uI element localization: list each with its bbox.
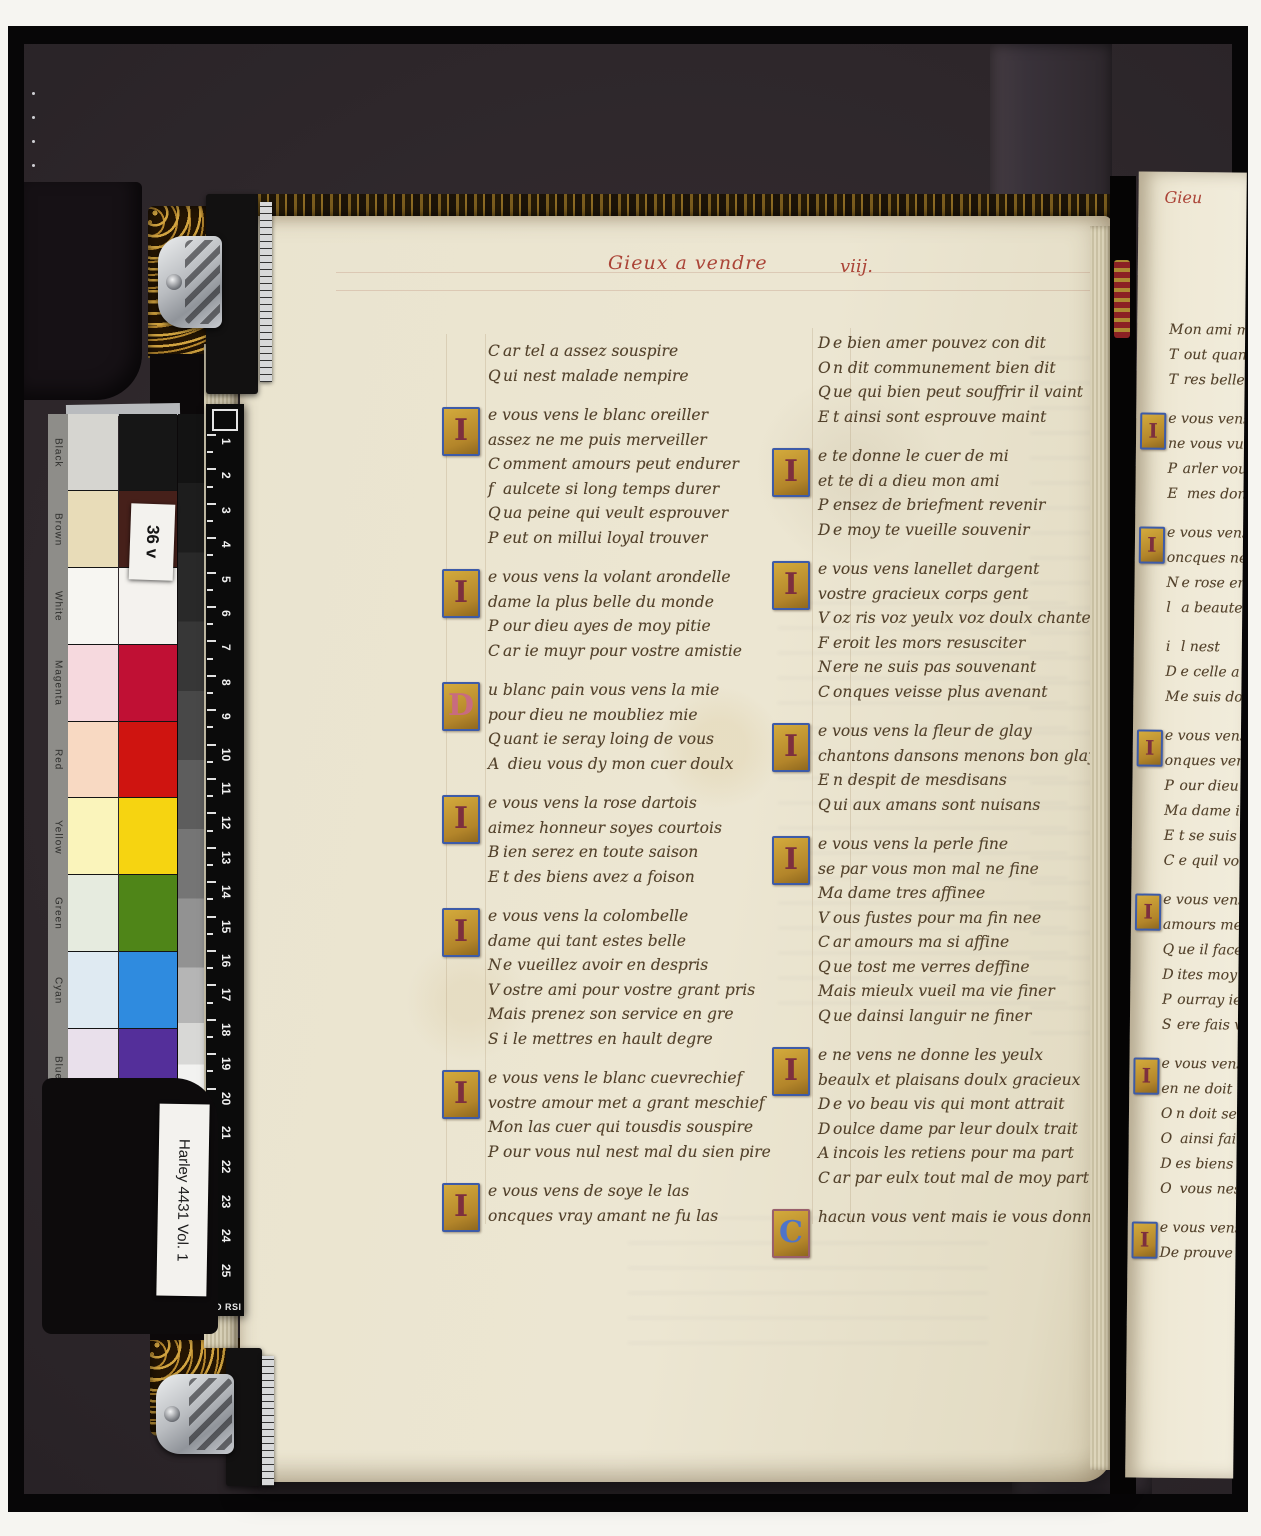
cradle-corner: [24, 182, 142, 400]
ruler-number: 4: [219, 541, 233, 548]
ruler-tick: [207, 898, 213, 900]
verse-line: e ne vens ne donne les yeulx: [818, 1046, 1128, 1071]
verse-line: E mes dons a dieu: [1167, 486, 1247, 512]
verse-line: Ma dame ie vous cr: [1164, 803, 1247, 829]
initial-letter: I: [444, 409, 478, 454]
line-capital: C: [818, 933, 833, 951]
verse-line: onques vers vous: [1164, 753, 1246, 779]
line-capital: V: [488, 981, 503, 999]
line-capital: N: [1166, 575, 1181, 591]
verse-line: Vous fustes pour ma fin nee: [818, 909, 1128, 934]
line-capital: D: [818, 521, 833, 539]
line-capital: V: [818, 909, 833, 927]
verse-line: Feroit les mors resusciter: [818, 634, 1128, 659]
facing-text: Mon ami mon corps vTout quanque jay fTre…: [1131, 322, 1247, 1286]
verse-line: e vous vens lanellet dargent: [818, 560, 1128, 585]
verse-line: e vous vens la flou: [1168, 411, 1247, 437]
line-capital: O: [1161, 1106, 1176, 1122]
verse-line: en ne doit mauv: [1161, 1081, 1247, 1107]
initial-letter: I: [444, 571, 478, 616]
ruler-tick: [207, 658, 213, 660]
photo-frame: Gieux a vendre viij. Car tel a assez sou…: [8, 26, 1248, 1512]
ruler-tick: [207, 950, 216, 952]
verse-line: la beaute fin: [1166, 600, 1247, 626]
line-capital: V: [818, 609, 833, 627]
illuminated-border-sliver: [1114, 260, 1130, 338]
ruler-tick: [207, 675, 216, 677]
verse-line: De prouve tout: [1159, 1245, 1246, 1271]
verse-line: pour dieu ne moubliez mie: [488, 706, 798, 731]
illuminated-initial: I: [772, 561, 810, 610]
ruler-tick: [207, 847, 216, 849]
verse-line: Voz ris voz yeulx voz doulx chanter: [818, 609, 1128, 634]
ruler-number: 23: [219, 1195, 233, 1208]
line-capital: P: [488, 1143, 503, 1161]
stanza: Ie vous vens la rose dartoisaimez honneu…: [488, 794, 798, 892]
verse-line: e vous vens la colombelle: [488, 907, 798, 932]
verse-line: Dites moy belle p: [1162, 967, 1247, 993]
illuminated-initial: I: [442, 1183, 480, 1232]
frame-dot: [32, 140, 35, 143]
ruler-number: 20: [219, 1092, 233, 1105]
verse-line: e te donne le cuer de mi: [818, 447, 1128, 472]
line-capital: A: [488, 755, 503, 773]
line-capital: Q: [818, 958, 833, 976]
initial-letter: I: [774, 563, 808, 608]
chart-label-cell: Cyan: [48, 952, 68, 1029]
ruler-number: 25: [219, 1264, 233, 1277]
illuminated-initial: I: [772, 836, 810, 885]
line-capital: P: [1168, 461, 1183, 477]
illuminated-initial: I: [1133, 1057, 1159, 1094]
left-column: Car tel a assez souspireQui nest malade …: [488, 342, 798, 1246]
rubric-title: Gieux a vendre: [608, 252, 768, 274]
verse-line: e vous vens le blanc cuevrechief: [488, 1069, 798, 1094]
line-capital: i: [1166, 639, 1181, 655]
verse-line: Ma dame tres affinee: [818, 884, 1128, 909]
line-capital: C: [488, 455, 503, 473]
ruler-number: 5: [219, 576, 233, 583]
line-capital: C: [488, 342, 503, 360]
verse-line: Comment amours peut endurer: [488, 455, 798, 480]
verse-line: u blanc pain vous vens la mie: [488, 681, 798, 706]
chart-label-cell: Yellow: [48, 798, 68, 875]
chart-tint-patch: [68, 875, 118, 952]
shelfmark-text: Harley 4431 Vol. 1: [173, 1139, 192, 1262]
clip-scale-top: [260, 202, 272, 382]
ruler-tick: [207, 606, 216, 608]
clip-scale-bottom: [262, 1356, 274, 1486]
verse-line: assez ne me puis merveiller: [488, 431, 798, 456]
chart-label-cell: Magenta: [48, 645, 68, 722]
line-capital: M: [1165, 689, 1180, 705]
stanza: Ie vous vens damoonques vers vousPour di…: [1135, 727, 1246, 879]
verse-line: Nere ne suis pas souvenant: [818, 658, 1128, 683]
line-capital: E: [1164, 828, 1179, 844]
manuscript-page: Gieux a vendre viij. Car tel a assez sou…: [240, 216, 1112, 1482]
verse-line: De moy te vueille souvenir: [818, 521, 1128, 546]
line-capital: D: [1166, 664, 1181, 680]
verse-line: Bien serez en toute saison: [488, 843, 798, 868]
ruler-tick: [207, 589, 213, 591]
chart-solid-patch: [119, 722, 177, 799]
initial-letter: I: [444, 797, 478, 842]
ruler-tick: [207, 451, 213, 453]
ruler-tick: [207, 726, 213, 728]
ruler-tick: [207, 881, 216, 883]
verse-line: vostre amour met a grant meschief: [488, 1094, 798, 1119]
initial-letter: I: [1135, 1059, 1157, 1092]
initial-letter: I: [444, 1072, 478, 1117]
ruling-line: [485, 334, 486, 1224]
verse-line: A dieu vous dy mon cuer doulx: [488, 755, 798, 780]
chart-tint-patch: [68, 722, 118, 799]
ruler-tick: [207, 933, 213, 935]
stanza: Ie vous vens la fleur de glaychantons da…: [818, 722, 1128, 820]
initial-letter: I: [444, 1185, 478, 1230]
ruler-number: 2: [219, 472, 233, 479]
ruler-number: 13: [219, 851, 233, 864]
stanza: Ie te donne le cuer de miet te di a dieu…: [818, 447, 1128, 545]
line-capital: E: [818, 771, 833, 789]
verse-line: Pensez de briefment revenir: [818, 496, 1128, 521]
line-capital: M: [488, 1118, 504, 1136]
verse-line: De vo beau vis qui mont attrait: [818, 1095, 1128, 1120]
felt-strap-top: [990, 44, 1112, 214]
chart-solid-patch: [119, 414, 177, 491]
verse-line: oncques vray amant ne fu las: [488, 1207, 798, 1232]
line-capital: E: [1167, 486, 1182, 502]
verse-line: Ne rose en may plu: [1166, 575, 1246, 601]
verse-line: Quant ie seray loing de vous: [488, 730, 798, 755]
verse-line: e vous vens le blanc oreiller: [488, 406, 798, 431]
stanza: Mon ami mon corps vTout quanque jay fTre…: [1140, 322, 1246, 399]
line-capital: A: [818, 1144, 833, 1162]
verse-line: Que il face de vo: [1163, 942, 1247, 968]
ruler-number: 8: [219, 679, 233, 686]
line-capital: C: [1164, 853, 1179, 869]
verse-line: beaulx et plaisans doulx gracieux: [818, 1071, 1128, 1096]
verse-line: ne vous vueil ne: [1168, 436, 1247, 462]
ruler-number: 1: [219, 438, 233, 445]
verse-line: Pour dieu vueillez m: [1164, 778, 1247, 804]
verse-line: Peut on millui loyal trouver: [488, 529, 798, 554]
chart-solid-patch: [119, 645, 177, 722]
verse-line: e vous vens de soye le las: [488, 1182, 798, 1207]
verse-line: Que tost me verres deffine: [818, 958, 1128, 983]
photograph: Gieux a vendre viij. Car tel a assez sou…: [0, 0, 1261, 1536]
facing-rubric-fragment: Gieu: [1164, 188, 1202, 207]
illuminated-initial: I: [442, 569, 480, 618]
stanza: il nestDe celle a qui ottroMe suis donne…: [1137, 638, 1247, 715]
verse-line: Et ainsi sont esprouve maint: [818, 408, 1128, 433]
chart-label-strip: BlackBrownWhiteMagentaRedYellowGreenCyan…: [48, 414, 68, 1106]
verse-line: Qui aux amans sont nuisans: [818, 796, 1128, 821]
line-capital: M: [818, 982, 834, 1000]
verse-line: Car par eulx tout mal de moy part: [818, 1169, 1128, 1194]
ruler-number: 16: [219, 954, 233, 967]
verse-line: oncques neige ne: [1167, 550, 1247, 576]
rubric-folio-number: viij.: [840, 256, 873, 277]
line-capital: D: [818, 334, 833, 352]
stanza: De bien amer pouvez con ditOn dit commun…: [818, 334, 1128, 432]
verse-line: amours me comm: [1163, 917, 1247, 943]
verse-line: Ne vueillez avoir en despris: [488, 956, 798, 981]
ruler-tick: [207, 984, 216, 986]
initial-letter: I: [774, 450, 808, 495]
verse-line: On doit servir a la: [1161, 1106, 1247, 1132]
stanza: Ie vous vens le blanc cuevrechiefvostre …: [488, 1069, 798, 1167]
line-capital: M: [488, 1005, 504, 1023]
ruler-tick: [207, 709, 216, 711]
ruler-tick: [207, 812, 216, 814]
illuminated-initial: I: [772, 1047, 810, 1096]
illuminated-initial: I: [772, 723, 810, 772]
line-capital: Q: [488, 367, 503, 385]
ruler-tick: [207, 503, 216, 505]
ruler-tick: [207, 1002, 213, 1004]
chart-solid-patch: [119, 798, 177, 875]
illuminated-initial: I: [1131, 1221, 1157, 1258]
stanza: Ie ne vens ne donne les yeulxbeaulx et p…: [818, 1046, 1128, 1193]
verse-line: Et se suis tout pre: [1164, 828, 1247, 854]
line-capital: P: [488, 617, 503, 635]
verse-line: se par vous mon mal ne fine: [818, 860, 1128, 885]
verse-line: Que qui bien peut souffrir il vaint: [818, 383, 1128, 408]
line-capital: D: [1160, 1156, 1175, 1172]
verse-line: Aincois les retiens pour ma part: [818, 1144, 1128, 1169]
illuminated-initial: I: [442, 908, 480, 957]
chart-tint-patch: [68, 798, 118, 875]
initial-letter: I: [1133, 1223, 1155, 1256]
line-capital: E: [488, 868, 503, 886]
ruler-tick: [207, 967, 213, 969]
line-capital: D: [818, 1095, 833, 1113]
stanza: Ie vous vens de soye le lasoncques vray …: [488, 1182, 798, 1231]
stanza: Du blanc pain vous vens la miepour dieu …: [488, 681, 798, 779]
ruler-tick: [207, 1019, 216, 1021]
verse-line: faulcete si long temps durer: [488, 480, 798, 505]
folio-number-sticker: 36 v: [129, 503, 176, 580]
line-capital: S: [488, 1030, 503, 1048]
ruler-tick: [207, 692, 213, 694]
line-capital: D: [1162, 967, 1177, 983]
verse-line: Mon las cuer qui tousdis souspire: [488, 1118, 798, 1143]
verse-line: Tres belle a qui sui: [1168, 372, 1246, 398]
verse-line: il nest: [1166, 639, 1247, 665]
grayscale-wedge: [178, 414, 204, 1106]
ruler-tick: [207, 486, 213, 488]
chart-color-name: Cyan: [53, 977, 64, 1004]
stanza: Ie vous vens lanellet dargentvostre grac…: [818, 560, 1128, 707]
ruler-tick: [207, 778, 216, 780]
verse-line: Qui nest malade nempire: [488, 367, 798, 392]
stanza: Ie vous vens le blanc oreillerassez ne m…: [488, 406, 798, 553]
initial-letter: C: [774, 1211, 808, 1256]
line-capital: M: [1164, 803, 1179, 819]
line-capital: O: [1161, 1131, 1176, 1147]
line-capital: P: [488, 529, 503, 547]
verse-line: Car ie muyr pour vostre amistie: [488, 642, 798, 667]
line-capital: S: [1162, 1017, 1177, 1033]
ruler-top-box: [212, 409, 238, 431]
verse-line: Car amours ma si affine: [818, 933, 1128, 958]
ruler-number: 11: [219, 782, 233, 795]
folio-number-text: 36 v: [141, 525, 162, 559]
line-capital: C: [488, 642, 503, 660]
line-capital: P: [818, 496, 833, 514]
ruler-number: 10: [219, 748, 233, 761]
verse-line: Des biens damou: [1160, 1156, 1247, 1182]
frame-dot: [32, 116, 35, 119]
stanza: Ie vous vens la flDe prouve tout: [1131, 1219, 1246, 1271]
verse-line: e vous vens la fl: [1160, 1220, 1247, 1246]
ruling-line: [336, 290, 1104, 291]
line-capital: Q: [488, 504, 503, 522]
line-capital: D: [818, 1120, 833, 1138]
chart-tint-column: [68, 414, 118, 1106]
chart-color-name: Brown: [53, 513, 64, 546]
chart-color-name: Green: [53, 897, 64, 930]
initial-letter: I: [774, 725, 808, 770]
ruler-tick: [207, 1088, 216, 1090]
ruler-tick: [207, 1070, 213, 1072]
line-capital: E: [818, 408, 833, 426]
illuminated-initial: C: [772, 1209, 810, 1258]
ruler-number: 19: [219, 1057, 233, 1070]
felt-background: Gieux a vendre viij. Car tel a assez sou…: [24, 44, 1232, 1494]
chart-tint-patch: [68, 952, 118, 1029]
verse-line: Mais prenez son service en gre: [488, 1005, 798, 1030]
ruler-number: 3: [219, 507, 233, 514]
line-capital: T: [1169, 347, 1184, 363]
verse-line: e vous vens plain: [1161, 1056, 1247, 1082]
verse-line: et te di a dieu mon ami: [818, 472, 1128, 497]
chart-color-name: Red: [53, 749, 64, 770]
verse-line: Vostre ami pour vostre grant pris: [488, 981, 798, 1006]
illuminated-initial: I: [1137, 729, 1163, 766]
chart-color-name: Blue: [53, 1056, 64, 1080]
illuminated-initial: I: [1139, 526, 1165, 563]
verse-line: De bien amer pouvez con dit: [818, 334, 1128, 359]
chart-solid-patch: [119, 952, 177, 1029]
facing-page: Gieu Mon ami mon corps vTout quanque jay…: [1125, 171, 1247, 1478]
ruler-number: 6: [219, 610, 233, 617]
chart-label-cell: White: [48, 568, 68, 645]
chart-label-cell: Red: [48, 722, 68, 799]
initial-letter: I: [1141, 529, 1163, 562]
ruler-tick: [207, 864, 213, 866]
verse-line: Doulce dame par leur doulx trait: [818, 1120, 1128, 1145]
verse-line: e vous vens la rose dartois: [488, 794, 798, 819]
ruler-tick: [207, 554, 213, 556]
ruling-line: [812, 328, 813, 1224]
ruler-number: 24: [219, 1229, 233, 1242]
line-capital: P: [1164, 778, 1179, 794]
ruler-number: 7: [219, 644, 233, 651]
verse-line: Pour vous nul nest mal du sien pire: [488, 1143, 798, 1168]
verse-line: Parler voulez secre: [1168, 461, 1247, 487]
chart-color-name: Magenta: [53, 660, 64, 706]
ruler-number: 15: [219, 920, 233, 933]
line-capital: N: [488, 956, 503, 974]
illuminated-initial: D: [442, 682, 480, 731]
ruler-number: 18: [219, 1023, 233, 1036]
verse-line: aimez honneur soyes courtois: [488, 819, 798, 844]
chart-tint-patch: [68, 568, 118, 645]
chart-tint-patch: [68, 414, 118, 491]
ruler-number: 17: [219, 988, 233, 1001]
verse-line: e vous vens la fleur de glay: [818, 722, 1128, 747]
ruler-tick: [207, 916, 216, 918]
verse-line: hacun vous vent mais ie vous donne: [818, 1208, 1128, 1233]
verse-line: Car tel a assez souspire: [488, 342, 798, 367]
ruler-tick: [207, 795, 213, 797]
line-capital: O: [1160, 1181, 1175, 1197]
line-capital: l: [1166, 600, 1181, 616]
verse-line: e vous vens la perle fine: [818, 835, 1128, 860]
initial-letter: I: [1137, 895, 1159, 928]
initial-letter: I: [1139, 732, 1161, 765]
verse-line: Mais mieulx vueil ma vie finer: [818, 982, 1128, 1007]
frame-dot: [32, 92, 35, 95]
chart-tint-patch: [68, 491, 118, 568]
illuminated-initial: I: [1135, 893, 1161, 930]
right-column: De bien amer pouvez con ditOn dit commun…: [818, 334, 1128, 1248]
chart-solid-patch: [119, 875, 177, 952]
fore-edge: [1090, 226, 1112, 1470]
chart-color-name: Yellow: [53, 820, 64, 855]
verse-line: e vous vens la volant arondelle: [488, 568, 798, 593]
verse-line: Sere fais vers vou: [1162, 1017, 1247, 1043]
stanza: Ie vous vens la volant arondelledame la …: [488, 568, 798, 666]
line-capital: O: [818, 359, 833, 377]
verse-line: Me suis donne tout: [1165, 689, 1247, 715]
line-capital: F: [818, 634, 833, 652]
verse-line: De celle a qui ottro: [1165, 664, 1246, 690]
ruler-tick: [207, 1053, 216, 1055]
initial-letter: I: [774, 1049, 808, 1094]
chart-label-cell: Green: [48, 875, 68, 952]
verse-line: O ainsi faites pu: [1161, 1131, 1247, 1157]
ruler-tick: [207, 623, 213, 625]
initial-letter: I: [1142, 415, 1164, 448]
ruler-number: 22: [219, 1160, 233, 1173]
stanza: Ie vous vens la floune vous vueil neParl…: [1139, 410, 1247, 512]
line-capital: T: [1169, 372, 1184, 388]
shelfmark-sticker: Harley 4431 Vol. 1: [156, 1104, 209, 1297]
verse-line: Pour dieu ayes de moy pitie: [488, 617, 798, 642]
verse-line: Conques veisse plus avenant: [818, 683, 1128, 708]
ruler-tick: [207, 572, 216, 574]
ruler-tick: [207, 744, 216, 746]
verse-line: En despit de mesdisans: [818, 771, 1128, 796]
initial-letter: I: [444, 910, 478, 955]
ruler-tick: [207, 640, 216, 642]
line-capital: Q: [818, 796, 833, 814]
ruler-tick: [207, 520, 213, 522]
verse-line: e vous vens du ro: [1167, 525, 1247, 551]
line-capital: Q: [818, 383, 833, 401]
verse-line: chantons dansons menons bon glay: [818, 747, 1128, 772]
chart-tint-patch: [68, 645, 118, 722]
chart-color-name: Black: [53, 438, 64, 467]
chart-label-cell: Black: [48, 414, 68, 491]
illuminated-initial: I: [442, 1070, 480, 1119]
verse-line: Pourray ie vostre: [1162, 992, 1247, 1018]
line-capital: C: [818, 683, 833, 701]
page-clip-top: [158, 236, 222, 328]
